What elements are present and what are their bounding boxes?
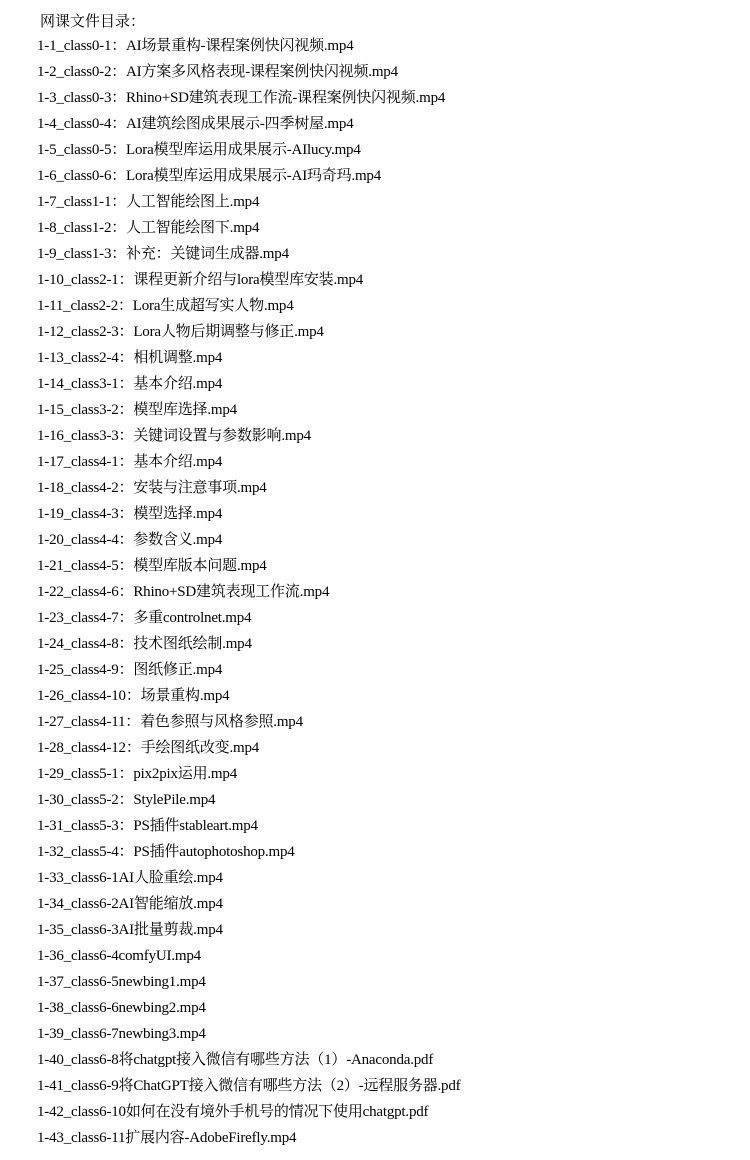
file-list-item: 1-22_class4-6：Rhino+SD建筑表现工作流.mp4 (37, 581, 460, 607)
file-list-item: 1-13_class2-4：相机调整.mp4 (37, 347, 460, 373)
file-list-item: 1-41_class6-9将ChatGPT接入微信有哪些方法（2）-远程服务器.… (37, 1075, 460, 1101)
file-list-item: 1-7_class1-1：人工智能绘图上.mp4 (37, 191, 460, 217)
file-list-item: 1-23_class4-7：多重controlnet.mp4 (37, 607, 460, 633)
file-list-item: 1-31_class5-3：PS插件stableart.mp4 (37, 815, 460, 841)
file-list-item: 1-17_class4-1：基本介绍.mp4 (37, 451, 460, 477)
file-list-item: 1-14_class3-1：基本介绍.mp4 (37, 373, 460, 399)
file-list-item: 1-1_class0-1：AI场景重构-课程案例快闪视频.mp4 (37, 35, 460, 61)
file-list-item: 1-37_class6-5newbing1.mp4 (37, 971, 460, 997)
file-list-item: 1-11_class2-2：Lora生成超写实人物.mp4 (37, 295, 460, 321)
file-list: 1-1_class0-1：AI场景重构-课程案例快闪视频.mp4 1-2_cla… (37, 35, 460, 1153)
file-list-item: 1-33_class6-1AI人脸重绘.mp4 (37, 867, 460, 893)
file-list-item: 1-35_class6-3AI批量剪裁.mp4 (37, 919, 460, 945)
file-list-item: 1-4_class0-4：AI建筑绘图成果展示-四季树屋.mp4 (37, 113, 460, 139)
file-list-item: 1-39_class6-7newbing3.mp4 (37, 1023, 460, 1049)
file-list-item: 1-30_class5-2：StylePile.mp4 (37, 789, 460, 815)
file-list-item: 1-21_class4-5：模型库版本问题.mp4 (37, 555, 460, 581)
file-list-item: 1-32_class5-4：PS插件autophotoshop.mp4 (37, 841, 460, 867)
file-list-item: 1-10_class2-1：课程更新介绍与lora模型库安装.mp4 (37, 269, 460, 295)
file-list-item: 1-8_class1-2：人工智能绘图下.mp4 (37, 217, 460, 243)
file-list-item: 1-29_class5-1：pix2pix运用.mp4 (37, 763, 460, 789)
file-list-item: 1-18_class4-2：安装与注意事项.mp4 (37, 477, 460, 503)
file-list-item: 1-20_class4-4：参数含义.mp4 (37, 529, 460, 555)
file-list-item: 1-38_class6-6newbing2.mp4 (37, 997, 460, 1023)
file-list-item: 1-16_class3-3：关键词设置与参数影响.mp4 (37, 425, 460, 451)
file-list-item: 1-19_class4-3：模型选择.mp4 (37, 503, 460, 529)
file-list-item: 1-6_class0-6：Lora模型库运用成果展示-AI玛奇玛.mp4 (37, 165, 460, 191)
file-list-item: 1-15_class3-2：模型库选择.mp4 (37, 399, 460, 425)
file-list-item: 1-36_class6-4comfyUI.mp4 (37, 945, 460, 971)
file-list-item: 1-3_class0-3：Rhino+SD建筑表现工作流-课程案例快闪视频.mp… (37, 87, 460, 113)
file-list-item: 1-5_class0-5：Lora模型库运用成果展示-AIlucy.mp4 (37, 139, 460, 165)
file-list-item: 1-24_class4-8：技术图纸绘制.mp4 (37, 633, 460, 659)
file-list-item: 1-9_class1-3：补充：关键词生成器.mp4 (37, 243, 460, 269)
file-list-item: 1-2_class0-2：AI方案多风格表现-课程案例快闪视频.mp4 (37, 61, 460, 87)
file-list-item: 1-40_class6-8将chatgpt接入微信有哪些方法（1）-Anacon… (37, 1049, 460, 1075)
file-list-item: 1-28_class4-12：手绘图纸改变.mp4 (37, 737, 460, 763)
file-list-item: 1-27_class4-11：着色参照与风格参照.mp4 (37, 711, 460, 737)
file-list-item: 1-43_class6-11扩展内容-AdobeFirefly.mp4 (37, 1127, 460, 1153)
file-list-item: 1-25_class4-9：图纸修正.mp4 (37, 659, 460, 685)
file-list-item: 1-12_class2-3：Lora人物后期调整与修正.mp4 (37, 321, 460, 347)
document-title: 网课文件目录： (40, 10, 145, 32)
file-list-item: 1-26_class4-10：场景重构.mp4 (37, 685, 460, 711)
file-list-item: 1-34_class6-2AI智能缩放.mp4 (37, 893, 460, 919)
file-list-item: 1-42_class6-10如何在没有境外手机号的情况下使用chatgpt.pd… (37, 1101, 460, 1127)
